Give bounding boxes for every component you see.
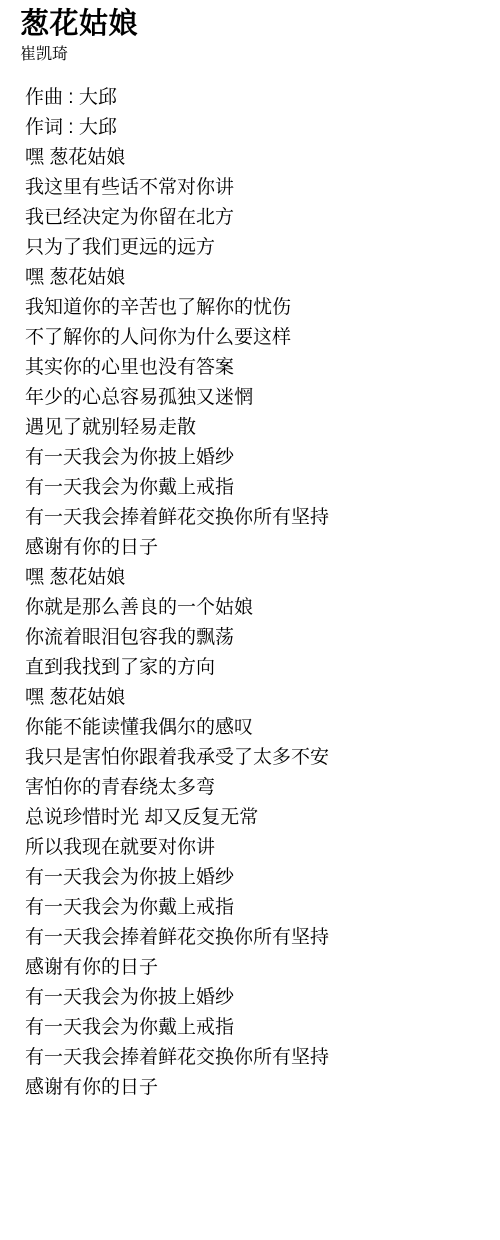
lyric-line: 你流着眼泪包容我的飘荡 — [25, 623, 490, 653]
lyric-line: 所以我现在就要对你讲 — [25, 833, 490, 863]
lyric-line: 你就是那么善良的一个姑娘 — [25, 593, 490, 623]
lyric-line: 有一天我会为你戴上戒指 — [25, 473, 490, 503]
lyric-line: 我这里有些话不常对你讲 — [25, 173, 490, 203]
lyric-line: 年少的心总容易孤独又迷惘 — [25, 383, 490, 413]
lyric-line: 有一天我会捧着鲜花交换你所有坚持 — [25, 1043, 490, 1073]
lyric-line: 只为了我们更远的远方 — [25, 233, 490, 263]
lyric-line: 我已经决定为你留在北方 — [25, 203, 490, 233]
lyric-line: 嘿 葱花姑娘 — [25, 143, 490, 173]
lyric-line: 有一天我会为你披上婚纱 — [25, 863, 490, 893]
lyric-line: 有一天我会为你戴上戒指 — [25, 893, 490, 923]
lyric-line: 感谢有你的日子 — [25, 1073, 490, 1103]
lyric-line: 有一天我会为你戴上戒指 — [25, 1013, 490, 1043]
lyric-line: 你能不能读懂我偶尔的感叹 — [25, 713, 490, 743]
lyric-line: 感谢有你的日子 — [25, 953, 490, 983]
artist-name: 崔凯琦 — [20, 44, 490, 66]
lyric-line: 我只是害怕你跟着我承受了太多不安 — [25, 743, 490, 773]
lyric-line: 嘿 葱花姑娘 — [25, 563, 490, 593]
lyric-line: 害怕你的青春绕太多弯 — [25, 773, 490, 803]
lyric-line: 总说珍惜时光 却又反复无常 — [25, 803, 490, 833]
lyrics-body: 作曲 : 大邱作词 : 大邱嘿 葱花姑娘我这里有些话不常对你讲我已经决定为你留在… — [20, 83, 490, 1103]
lyric-line: 有一天我会为你披上婚纱 — [25, 983, 490, 1013]
lyrics-page: 葱花姑娘 崔凯琦 作曲 : 大邱作词 : 大邱嘿 葱花姑娘我这里有些话不常对你讲… — [0, 0, 500, 1240]
lyric-line: 作词 : 大邱 — [25, 113, 490, 143]
song-title: 葱花姑娘 — [20, 6, 490, 42]
lyric-line: 作曲 : 大邱 — [25, 83, 490, 113]
lyric-line: 嘿 葱花姑娘 — [25, 683, 490, 713]
lyric-line: 有一天我会为你披上婚纱 — [25, 443, 490, 473]
lyric-line: 直到我找到了家的方向 — [25, 653, 490, 683]
lyric-line: 遇见了就别轻易走散 — [25, 413, 490, 443]
lyric-line: 有一天我会捧着鲜花交换你所有坚持 — [25, 923, 490, 953]
lyric-line: 感谢有你的日子 — [25, 533, 490, 563]
lyric-line: 我知道你的辛苦也了解你的忧伤 — [25, 293, 490, 323]
lyric-line: 其实你的心里也没有答案 — [25, 353, 490, 383]
lyric-line: 有一天我会捧着鲜花交换你所有坚持 — [25, 503, 490, 533]
lyric-line: 嘿 葱花姑娘 — [25, 263, 490, 293]
lyric-line: 不了解你的人问你为什么要这样 — [25, 323, 490, 353]
